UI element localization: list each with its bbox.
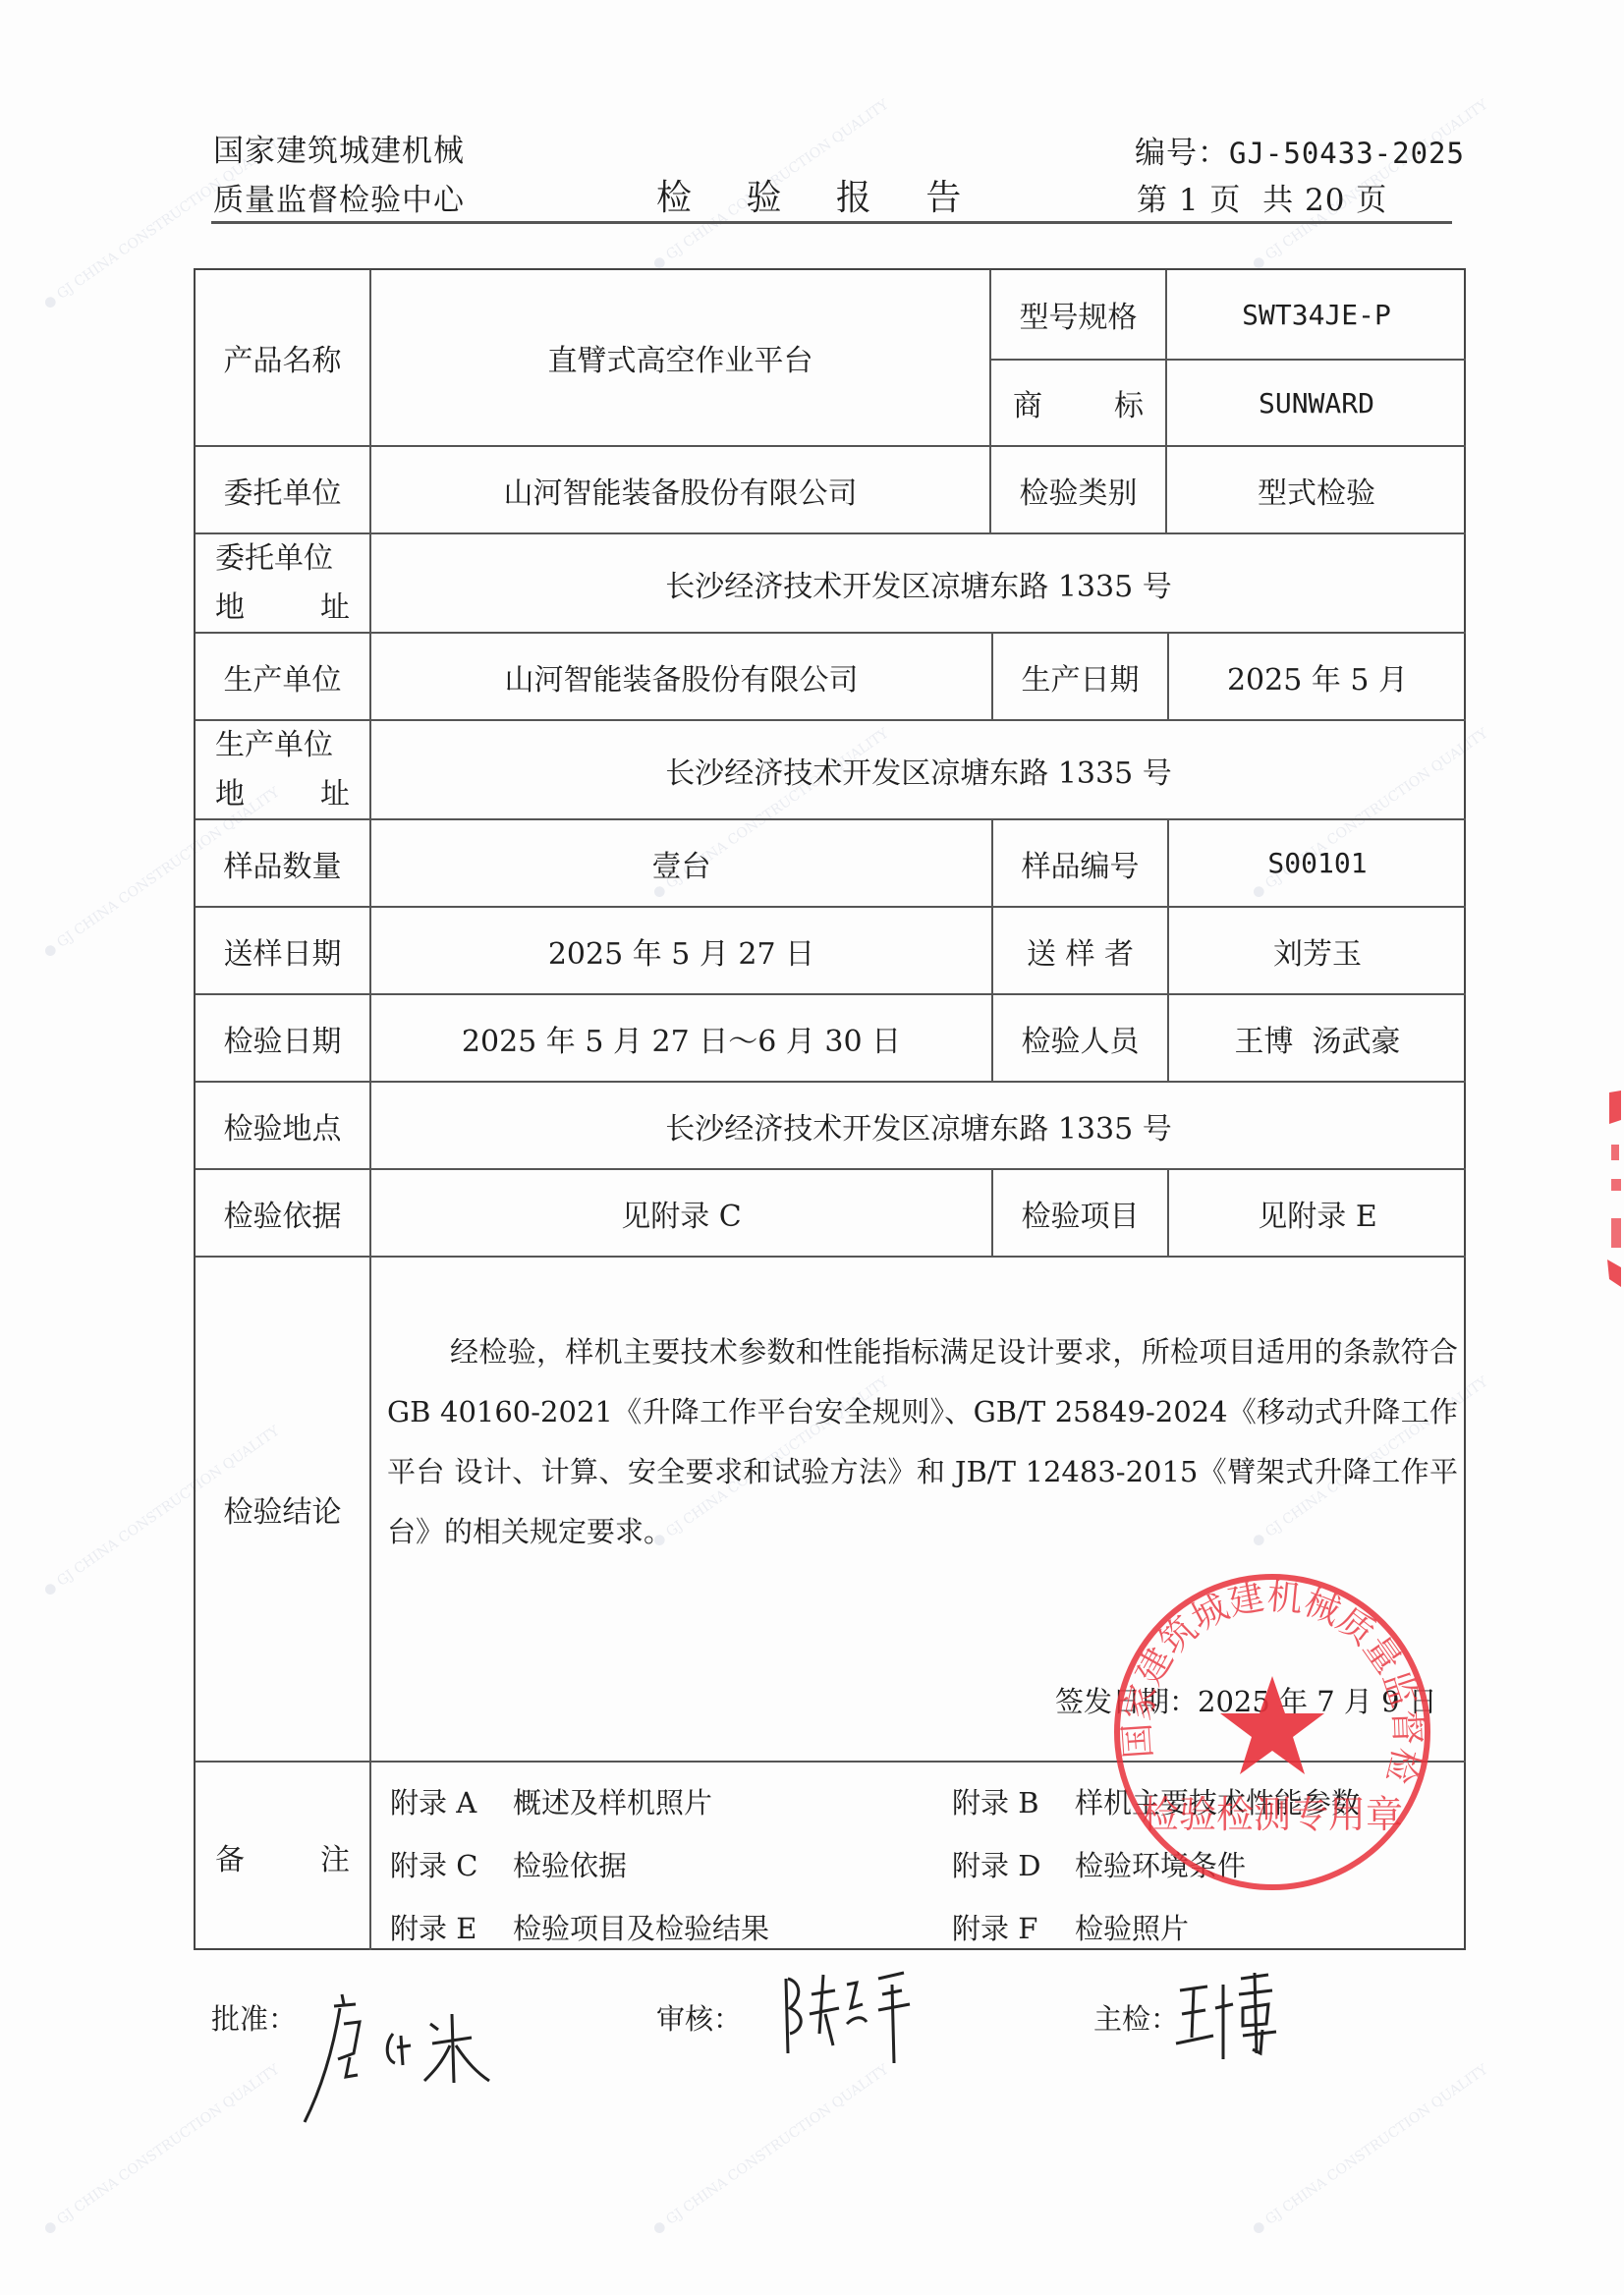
label-char: 注 — [320, 1835, 350, 1878]
chief-inspector-signature-icon — [1174, 1965, 1302, 2063]
basis-label: 检验依据 — [196, 1170, 369, 1256]
reviewer-signature-icon — [776, 1965, 953, 2073]
appendix-key: 附录 B — [952, 1771, 1075, 1834]
page-info: 第 1 页 共 20 页 — [1137, 175, 1387, 219]
sample-qty-value: 壹台 — [371, 820, 991, 906]
svg-text:国家建筑城建机械质量监督检验中心: 国家建筑城建机械质量监督检验中心 — [1110, 1570, 1428, 1788]
manufacturer-address-label-line2: 地址 — [215, 770, 350, 819]
production-date-value: 2025 年 5 月 — [1169, 634, 1466, 719]
product-name-value: 直臂式高空作业平台 — [371, 270, 989, 445]
report-number-value: GJ-50433-2025 — [1229, 137, 1465, 170]
basis-value: 见附录 C — [371, 1170, 991, 1256]
appendix-item: 附录 A概述及样机照片 — [390, 1771, 769, 1834]
manufacturer-address-value: 长沙经济技术开发区凉塘东路 1335 号 — [371, 721, 1466, 818]
seam-seal-icon — [1592, 1091, 1624, 1287]
model-label: 型号规格 — [991, 270, 1165, 359]
client-address-label-line2: 地址 — [215, 584, 350, 633]
appendix-item: 附录 C检验依据 — [390, 1834, 769, 1897]
seal-ring-text: 国家建筑城建机械质量监督检验中心 — [1110, 1570, 1428, 1788]
official-seal-icon: 国家建筑城建机械质量监督检验中心 检验检测专用章 — [1110, 1570, 1434, 1894]
trademark-value: SUNWARD — [1167, 361, 1466, 445]
sample-no-label: 样品编号 — [993, 820, 1167, 906]
label-char: 地 — [215, 770, 245, 819]
review-label: 审核： — [656, 1997, 742, 2038]
inspection-date-value: 2025 年 5 月 27 日～6 月 30 日 — [371, 995, 991, 1081]
report-number: 编号：GJ-50433-2025 — [1135, 128, 1465, 172]
manufacturer-label: 生产单位 — [196, 634, 369, 719]
conclusion-paragraph: 经检验，样机主要技术参数和性能指标满足设计要求，所检项目适用的条款符合 GB 4… — [387, 1322, 1458, 1562]
client-address-value: 长沙经济技术开发区凉塘东路 1335 号 — [371, 534, 1466, 632]
items-label: 检验项目 — [993, 1170, 1167, 1256]
appendix-title: 检验项目及检验结果 — [513, 1912, 769, 1945]
client-address-label: 委托单位 地址 — [196, 534, 369, 632]
conclusion-label: 检验结论 — [196, 1258, 369, 1761]
client-label: 委托单位 — [196, 447, 369, 532]
model-value: SWT34JE-P — [1167, 270, 1466, 359]
approve-label: 批准： — [211, 1997, 297, 2038]
location-label: 检验地点 — [196, 1083, 369, 1168]
inspectors-label: 检验人员 — [993, 995, 1167, 1081]
deliverer-value: 刘芳玉 — [1169, 908, 1466, 993]
sample-no-value: S00101 — [1169, 820, 1466, 906]
appendix-item: 附录 F检验照片 — [952, 1897, 1360, 1960]
label-char: 址 — [320, 770, 350, 819]
chief-inspector-label: 主检： — [1093, 1997, 1179, 2038]
approver-signature-icon — [295, 1975, 570, 2132]
label-char: 址 — [320, 584, 350, 633]
inspection-type-label: 检验类别 — [991, 447, 1165, 532]
watermark: ● GJ CHINA CONSTRUCTION QUALITY — [41, 2062, 283, 2238]
client-address-label-line1: 委托单位 — [215, 534, 350, 584]
location-value: 长沙经济技术开发区凉塘东路 1335 号 — [371, 1083, 1466, 1168]
client-value: 山河智能装备股份有限公司 — [371, 447, 989, 532]
trademark-label: 商 标 — [991, 361, 1165, 445]
production-date-label: 生产日期 — [993, 634, 1167, 719]
label-char: 地 — [215, 584, 245, 633]
appendix-list-left: 附录 A概述及样机照片 附录 C检验依据 附录 E检验项目及检验结果 — [390, 1771, 769, 1960]
org-name-line1: 国家建筑城建机械 — [213, 126, 465, 170]
manufacturer-value: 山河智能装备股份有限公司 — [371, 634, 991, 719]
watermark: ● GJ CHINA CONSTRUCTION QUALITY — [650, 2062, 892, 2238]
page-title: 检 验 报 告 — [656, 170, 982, 220]
delivery-date-label: 送样日期 — [196, 908, 369, 993]
report-number-label: 编号： — [1135, 136, 1229, 171]
watermark: ● GJ CHINA CONSTRUCTION QUALITY — [1250, 2062, 1491, 2238]
seal-center-text: 检验检测专用章 — [1142, 1793, 1403, 1836]
appendix-key: 附录 E — [390, 1897, 513, 1960]
appendix-title: 概述及样机照片 — [513, 1786, 712, 1819]
trademark-label-char-2: 标 — [1114, 381, 1144, 424]
appendix-key: 附录 C — [390, 1834, 513, 1897]
appendix-key: 附录 D — [952, 1834, 1075, 1897]
inspectors-value: 王博 汤武豪 — [1169, 995, 1466, 1081]
manufacturer-address-label: 生产单位 地址 — [196, 721, 369, 818]
product-name-label: 产品名称 — [196, 270, 369, 445]
inspection-type-value: 型式检验 — [1167, 447, 1466, 532]
manufacturer-address-label-line1: 生产单位 — [215, 721, 350, 770]
delivery-date-value: 2025 年 5 月 27 日 — [371, 908, 991, 993]
sample-qty-label: 样品数量 — [196, 820, 369, 906]
deliverer-label: 送 样 者 — [993, 908, 1167, 993]
header-divider — [211, 221, 1452, 224]
remarks-label: 备 注 — [196, 1763, 369, 1950]
appendix-item: 附录 E检验项目及检验结果 — [390, 1897, 769, 1960]
conclusion-text: 经检验，样机主要技术参数和性能指标满足设计要求，所检项目适用的条款符合 GB 4… — [387, 1322, 1458, 1562]
trademark-label-char-1: 商 — [1013, 381, 1042, 424]
appendix-title: 检验照片 — [1075, 1912, 1189, 1945]
appendix-key: 附录 A — [390, 1771, 513, 1834]
appendix-key: 附录 F — [952, 1897, 1075, 1960]
items-value: 见附录 E — [1169, 1170, 1466, 1256]
inspection-date-label: 检验日期 — [196, 995, 369, 1081]
appendix-title: 检验依据 — [513, 1849, 627, 1882]
label-char: 备 — [215, 1835, 245, 1878]
org-name-line2: 质量监督检验中心 — [213, 175, 465, 219]
